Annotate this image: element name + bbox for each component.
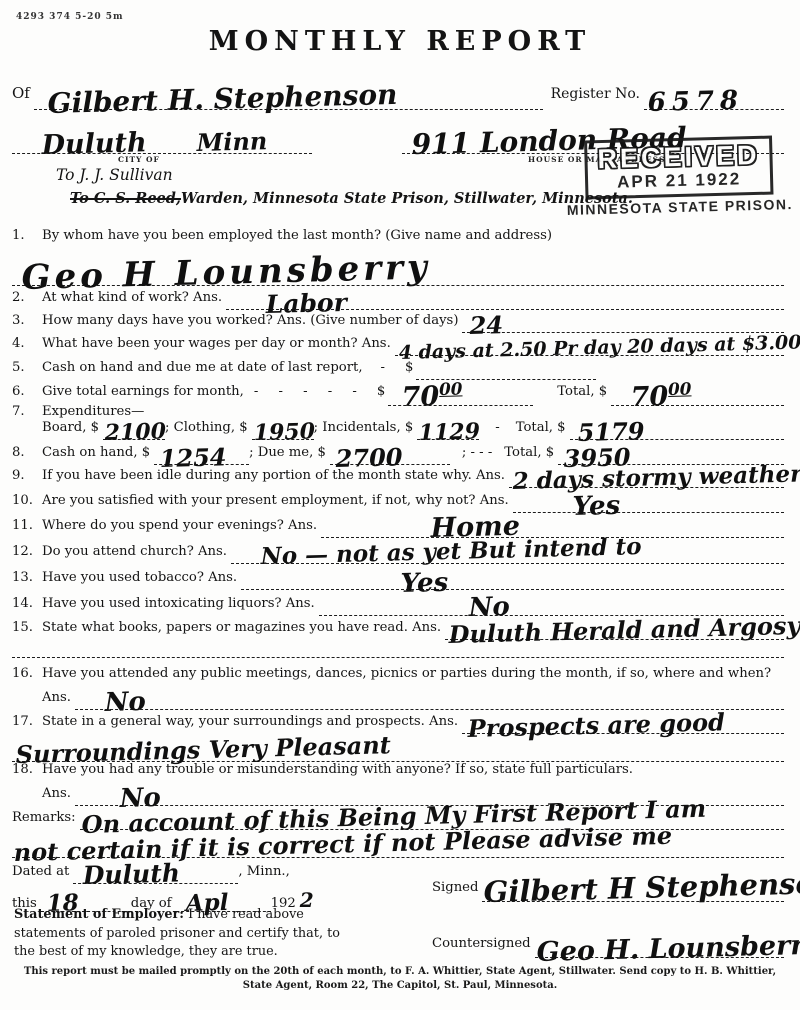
q7-total-amount: 5179 [577,421,644,443]
q17-answer-field: Prospects are good [462,714,784,734]
q2-answer-field: Labor [226,290,784,310]
dated-city: Duluth [83,862,181,886]
q13-number: 13. [12,570,42,585]
q7-total-field: 5179 [570,420,784,440]
q11-text: Where do you spend your evenings? Ans. [42,518,321,533]
q1-answer-field: Geo H Lounsberry [12,248,784,286]
question-3: 3. How many days have you worked? Ans. (… [12,313,784,333]
q5-dash: - [367,360,399,375]
signed-label: Signed [432,880,482,895]
footer-line1: This report must be mailed promptly on t… [0,966,800,977]
addressee-warden-line: To C. S. Reed, Warden, Minnesota State P… [70,190,784,207]
q13-answer-field: Yes [241,570,784,590]
remarks-field2: not certain if it is correct if not Plea… [12,838,784,858]
q15-text: State what books, papers or magazines yo… [42,620,445,635]
q7-number: 7. [12,404,42,419]
q4-number: 4. [12,336,42,351]
city-address-line: Duluth Minn 911 London Road [12,124,784,154]
q4-answer: 4 days at 2.50 Pr day 20 days at $3.00 P… [398,332,800,361]
q14-answer: No [468,596,510,619]
question-12: 12. Do you attend church? Ans. No — not … [12,544,784,564]
q1-text: By whom have you been employed the last … [42,228,556,243]
q17-number: 17. [12,714,42,729]
q1-answer-line: Geo H Lounsberry [12,248,784,286]
q5-amount-field [416,360,596,380]
question-15: 15. State what books, papers or magazine… [12,620,784,640]
q8-cash-field: 1254 [154,445,249,465]
q17-text: State in a general way, your surrounding… [42,714,462,729]
employer-label: Statement of Employer: [14,907,184,922]
page-title: MONTHLY REPORT [0,26,800,57]
q2-answer: Labor [265,292,347,315]
state-value: Minn [196,131,267,153]
q7-board-label: Board, $ [42,420,103,435]
question-7-header: 7. Expenditures— [12,404,784,419]
countersigned-line: Countersigned Geo H. Lounsberry [432,936,784,958]
addressee-sullivan: To J. J. Sullivan [56,166,784,184]
q12-answer: No — not as yet But intend to [260,537,641,567]
signed-line: Signed Gilbert H Stephenson [432,880,784,902]
q10-text: Are you satisfied with your present empl… [42,493,513,508]
q6-dollar-sign: $ [371,384,388,399]
q5-text: Cash on hand and due me at date of last … [42,360,367,375]
q15-number: 15. [12,620,42,635]
of-label: Of [12,84,34,102]
address-caption: HOUSE OR MAIL ADDRESS [528,155,665,164]
q17-answer2-field: Surroundings Very Pleasant [12,742,784,762]
q7-clothing-field: 1950 [252,420,314,440]
addressee-struck: To C. S. Reed, [70,190,181,207]
q9-number: 9. [12,468,42,483]
city-caption: CITY OF [118,155,160,164]
q1-number: 1. [12,228,42,243]
q5-dollar-sign: $ [399,360,416,375]
minn-label: , Minn., [238,864,293,879]
countersigned-label: Countersigned [432,936,535,951]
q17-answer-line2: Surroundings Very Pleasant [12,742,784,762]
question-11: 11. Where do you spend your evenings? An… [12,518,784,538]
q6-number: 6. [12,384,42,399]
question-18: 18. Have you had any trouble or misunder… [12,762,784,777]
q8-cash-amount: 1254 [160,447,227,469]
q14-number: 14. [12,596,42,611]
question-2: 2. At what kind of work? Ans. Labor [12,290,784,310]
q3-number: 3. [12,313,42,328]
question-17: 17. State in a general way, your surroun… [12,714,784,734]
q15-answer: Duluth Herald and Argosy [449,615,800,645]
question-9: 9. If you have been idle during any port… [12,468,784,488]
q6-dots: - - - - - [248,384,371,399]
signature: Gilbert H Stephenson [484,871,800,905]
question-8: 8. Cash on hand, $ 1254 ; Due me, $ 2700… [12,445,784,465]
monthly-report-form: 4293 374 5-20 5m MONTHLY REPORT Of Gilbe… [0,0,800,1010]
q13-text: Have you used tobacco? Ans. [42,570,241,585]
q16-number: 16. [12,666,42,681]
q18-text: Have you had any trouble or misunderstan… [42,762,637,777]
q12-answer-field: No — not as yet But intend to [231,544,784,564]
q8-due-amount: 2700 [335,447,402,469]
q7-clothing-amount: 1950 [253,423,315,443]
q6-total-label: Total, $ [533,384,611,399]
register-field: 6578 [644,84,784,110]
register-number: 6578 [647,89,744,114]
q7-incidentals-label: ; Incidentals, $ [314,420,418,435]
q10-answer: Yes [572,495,620,518]
q15-extra-line [12,648,784,658]
q18-ans-label: Ans. [42,786,75,801]
form-print-code: 4293 374 5-20 5m [16,12,124,22]
remarks-line2: not certain if it is correct if not Plea… [12,838,784,858]
q8-number: 8. [12,445,42,460]
question-6: 6. Give total earnings for month, - - - … [12,384,784,406]
question-1: 1. By whom have you been employed the la… [12,228,784,243]
q3-text: How many days have you worked? Ans. (Giv… [42,313,462,328]
q8-due-field: 2700 [330,445,450,465]
prisoner-name: Gilbert H. Stephenson [47,83,397,116]
dated-city-field: Duluth [73,864,238,884]
question-10: 10. Are you satisfied with your present … [12,493,784,513]
countersignature: Geo H. Lounsberry [536,935,800,965]
dated-line: Dated at Duluth , Minn., [12,864,412,884]
question-14: 14. Have you used intoxicating liquors? … [12,596,784,616]
question-13: 13. Have you used tobacco? Ans. Yes [12,570,784,590]
q9-answer: 2 days stormy weather [512,465,800,492]
q6-total-field: 7000 [611,384,784,406]
q14-text: Have you used intoxicating liquors? Ans. [42,596,319,611]
address-value: 911 London Road [411,126,686,157]
q16-ans-label: Ans. [42,690,75,705]
question-4: 4. What have been your wages per day or … [12,336,784,356]
q12-text: Do you attend church? Ans. [42,544,231,559]
q5-number: 5. [12,360,42,375]
q3-answer-field: 24 [462,313,784,333]
q8-total-label: Total, $ [504,445,558,460]
q8-due-label: ; Due me, $ [249,445,330,460]
footer-line2: State Agent, Room 22, The Capitol, St. P… [0,980,800,991]
question-5: 5. Cash on hand and due me at date of la… [12,360,784,380]
q18-answer: No [119,787,161,810]
q9-answer-field: 2 days stormy weather [509,468,784,488]
q11-number: 11. [12,518,42,533]
q7-incidentals-amount: 1129 [419,423,481,443]
q15-extra-fill [12,648,784,658]
addressee-rest: Warden, Minnesota State Prison, Stillwat… [181,190,633,207]
q16-text: Have you attended any public meetings, d… [42,666,775,681]
q9-text: If you have been idle during any portion… [42,468,509,483]
countersignature-field: Geo H. Lounsberry [535,936,784,958]
address-field: 911 London Road [402,124,784,154]
question-7-fields: Board, $ 2100 ; Clothing, $ 1950 ; Incid… [42,420,784,440]
q4-answer-field: 4 days at 2.50 Pr day 20 days at $3.00 P… [395,336,784,356]
name-field: Gilbert H. Stephenson [34,84,543,110]
question-16: 16. Have you attended any public meeting… [12,666,784,681]
city-field: Duluth Minn [12,124,312,154]
q17-answer2: Surroundings Very Pleasant [15,735,391,765]
q16-answer-field: No [75,690,784,710]
q16-answer: No [104,691,146,714]
q10-answer-field: Yes [513,493,784,513]
q12-number: 12. [12,544,42,559]
q7-incidentals-field: 1129 [417,420,479,440]
q6-amount-field: 7000 [388,384,533,406]
q10-number: 10. [12,493,42,508]
q1-answer: Geo H Lounsberry [21,253,431,293]
q7-clothing-label: ; Clothing, $ [165,420,252,435]
q7-board-amount: 2100 [105,423,167,443]
q8-dashes: ; - - - [450,445,504,460]
register-label: Register No. [543,86,644,102]
q18-number: 18. [12,762,42,777]
q15-answer-field: Duluth Herald and Argosy [445,620,784,640]
q7-total-label: Total, $ [516,420,570,435]
signature-field: Gilbert H Stephenson [482,880,784,902]
remarks-label: Remarks: [12,810,80,825]
q7-text: Expenditures— [42,404,148,419]
q16-answer-line: Ans. No [42,690,784,710]
q2-text: At what kind of work? Ans. [42,290,226,305]
q7-board-field: 2100 [103,420,165,440]
q3-answer: 24 [470,315,504,336]
q6-text: Give total earnings for month, [42,384,248,399]
q4-text: What have been your wages per day or mon… [42,336,395,351]
q2-number: 2. [12,290,42,305]
name-register-line: Of Gilbert H. Stephenson Register No. 65… [12,84,784,110]
dated-label: Dated at [12,864,73,879]
q7-dash: - [479,420,515,435]
q13-answer: Yes [400,572,448,595]
q17-answer: Prospects are good [467,712,725,739]
q8-cash-label: Cash on hand, $ [42,445,154,460]
employer-statement: Statement of Employer: I have read above… [14,906,359,962]
